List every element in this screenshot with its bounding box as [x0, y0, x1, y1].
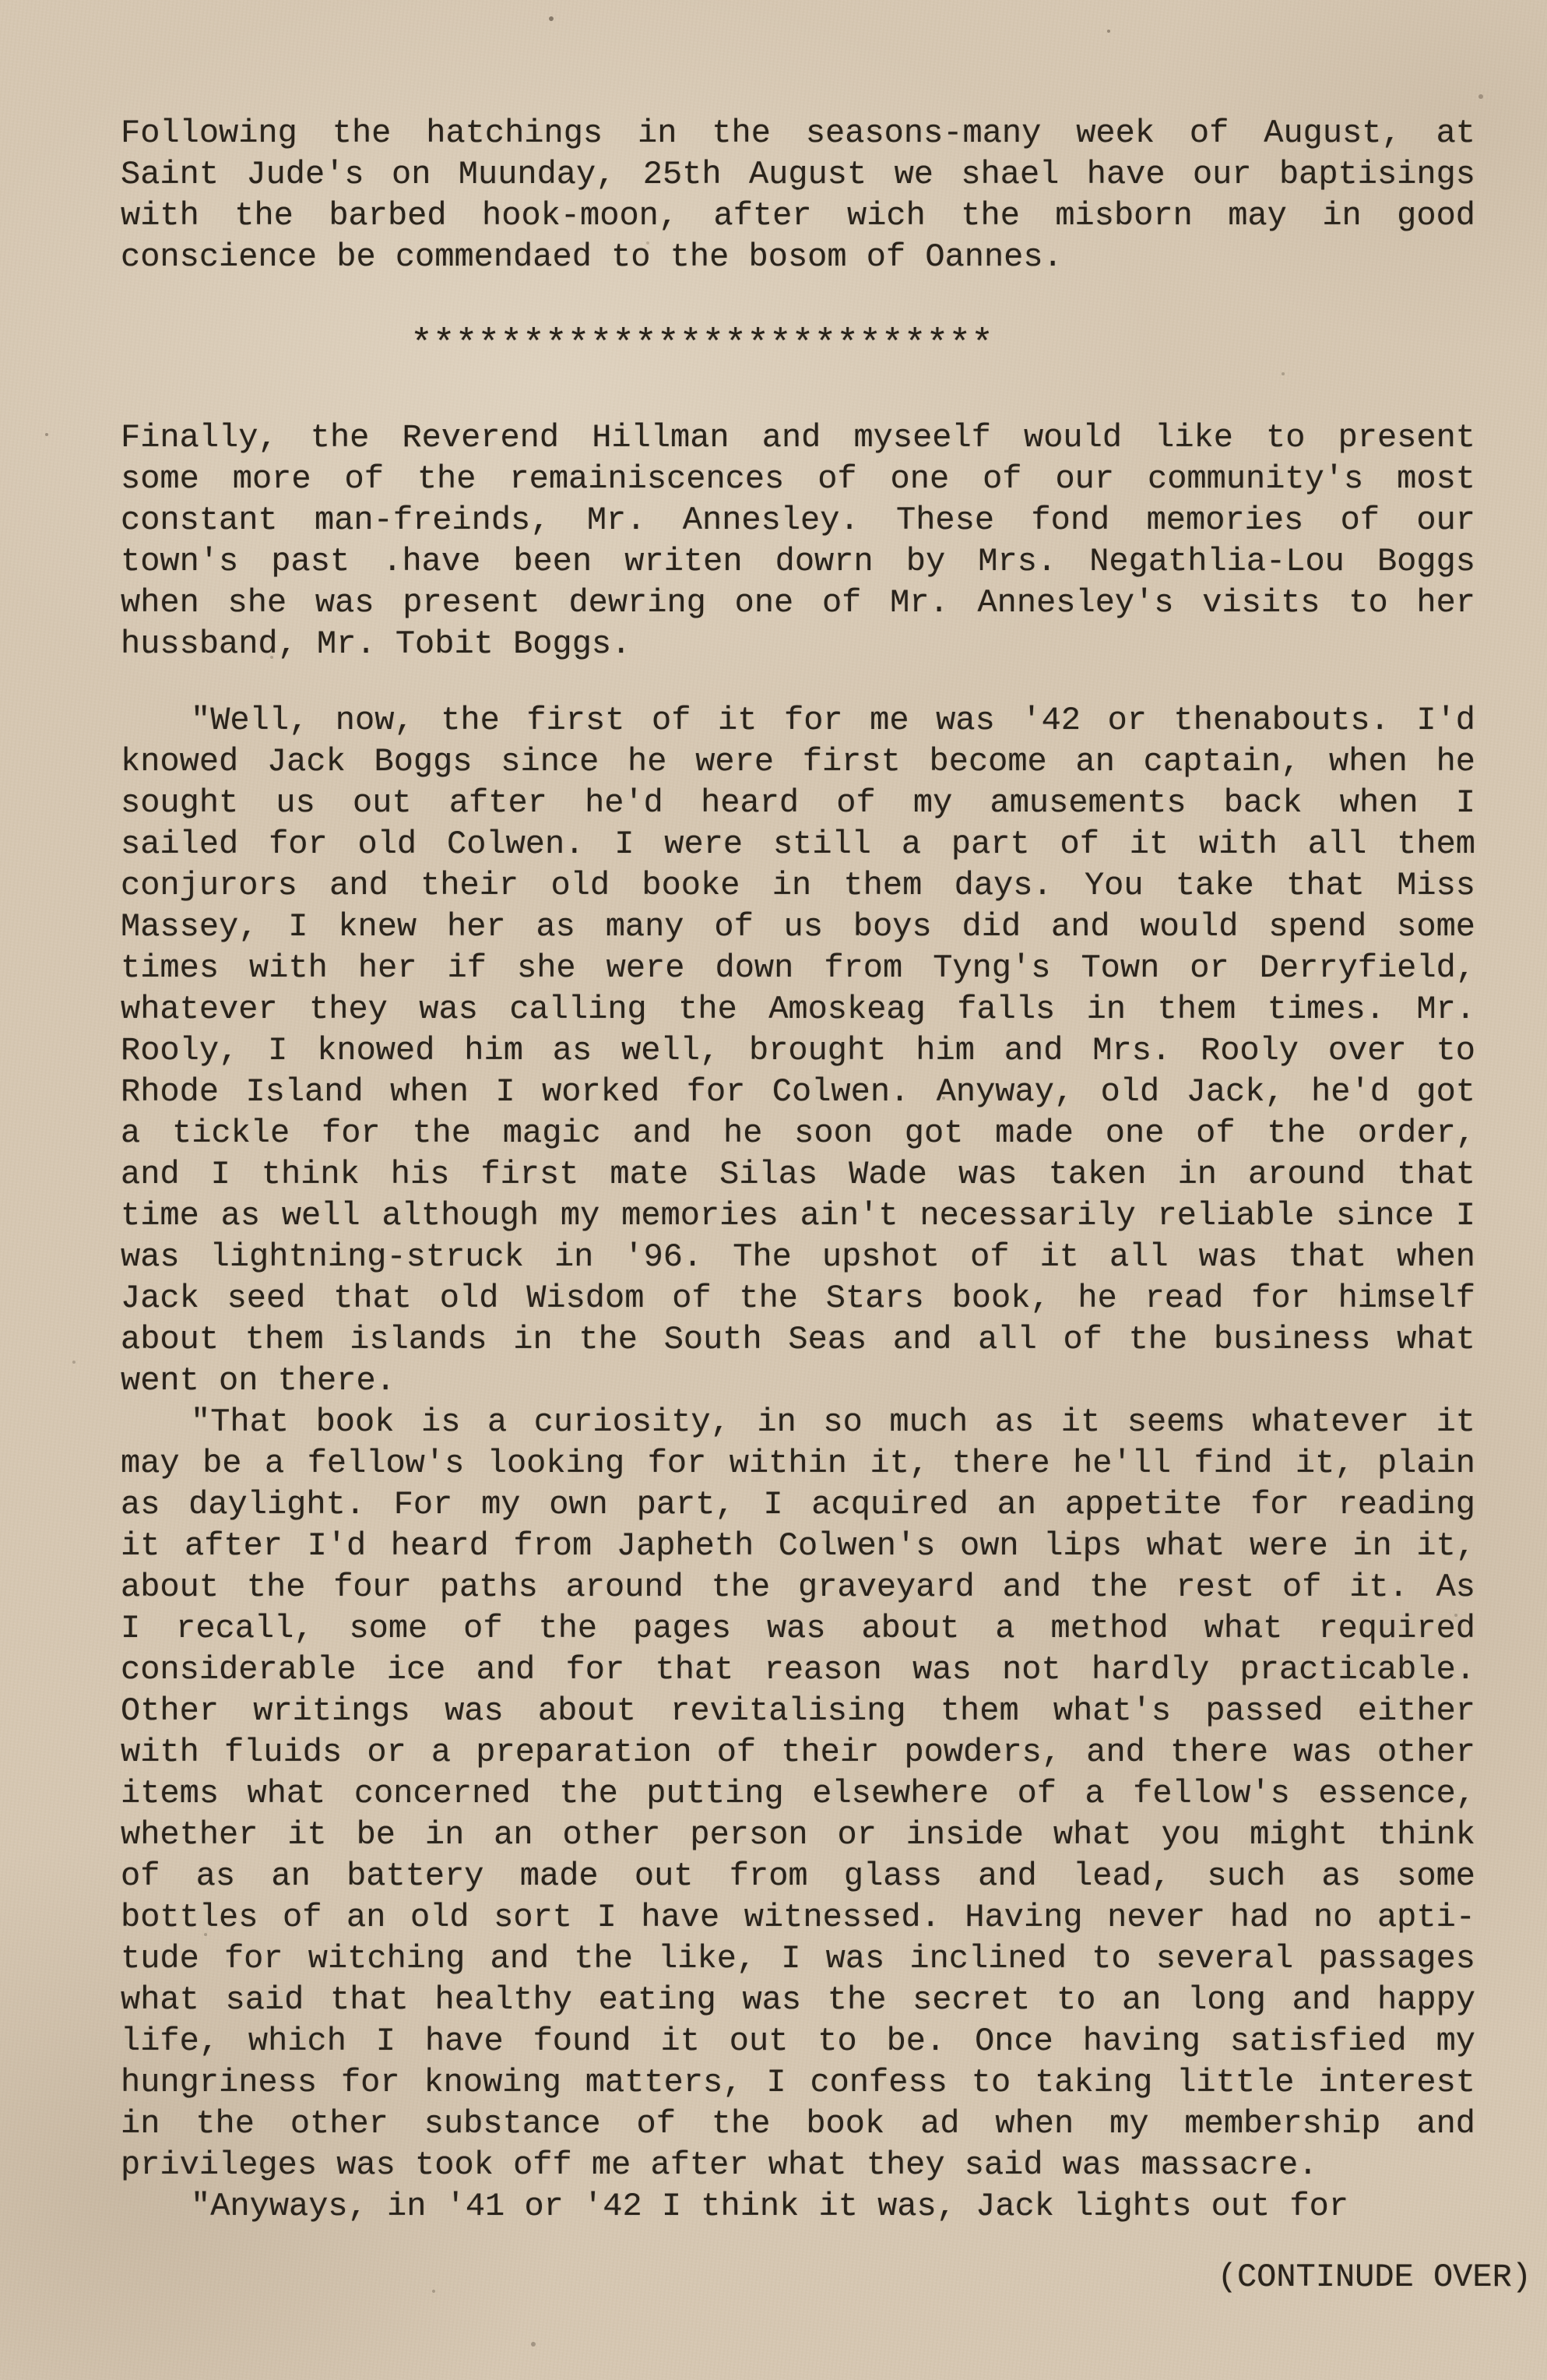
paragraph: "That book is a curiosity, in so much as… — [121, 1402, 1475, 2186]
text-line: and I think his first mate Silas Wade wa… — [121, 1154, 1475, 1195]
text-line: some more of the remainiscences of one o… — [121, 459, 1475, 500]
text-line: sought us out after he'd heard of my amu… — [121, 783, 1475, 824]
text-line: Jack seed that old Wisdom of the Stars b… — [121, 1278, 1475, 1319]
paragraph: Finally, the Reverend Hillman and myseel… — [121, 417, 1475, 665]
paper-specks — [0, 0, 3, 3]
text-line: considerable ice and for that reason was… — [121, 1649, 1475, 1691]
text-line: town's past .have been writen dowrn by M… — [121, 541, 1475, 583]
text-line: of as an battery made out from glass and… — [121, 1856, 1475, 1897]
continued-over-note: (CONTINUDE OVER) — [1218, 2257, 1531, 2298]
text-line: conscience be commendaed to the bosom of… — [121, 237, 1475, 278]
text-line: whether it be in an other person or insi… — [121, 1815, 1475, 1856]
text-line: life, which I have found it out to be. O… — [121, 2021, 1475, 2062]
paragraph: "Well, now, the first of it for me was '… — [121, 700, 1475, 1402]
text-line: times with her if she were down from Tyn… — [121, 948, 1475, 989]
text-line: Saint Jude's on Muunday, 25th August we … — [121, 154, 1475, 195]
text-line: it after I'd heard from Japheth Colwen's… — [121, 1526, 1475, 1567]
text-line: knowed Jack Boggs since he were first be… — [121, 741, 1475, 783]
text-line: bottles of an old sort I have witnessed.… — [121, 1897, 1475, 1938]
text-line: items what concerned the putting elsewhe… — [121, 1773, 1475, 1815]
text-line: constant man-freinds, Mr. Annesley. Thes… — [121, 500, 1475, 541]
text-line: about them islands in the South Seas and… — [121, 1319, 1475, 1361]
typewritten-letter-page: Following the hatchings in the seasons-m… — [0, 0, 1547, 2380]
text-line: a tickle for the magic and he soon got m… — [121, 1113, 1475, 1154]
text-line: "That book is a curiosity, in so much as… — [121, 1402, 1475, 1443]
text-line: Rhode Island when I worked for Colwen. A… — [121, 1072, 1475, 1113]
text-line: Finally, the Reverend Hillman and myseel… — [121, 417, 1475, 459]
asterisk-separator: ************************** — [410, 325, 1475, 366]
text-line: hungriness for knowing matters, I confes… — [121, 2062, 1475, 2104]
text-line: privileges was took off me after what th… — [121, 2145, 1475, 2186]
text-line: sailed for old Colwen. I were still a pa… — [121, 824, 1475, 865]
text-line: whatever they was calling the Amoskeag f… — [121, 989, 1475, 1030]
text-line: may be a fellow's looking for within it,… — [121, 1443, 1475, 1484]
text-line: "Anyways, in '41 or '42 I think it was, … — [121, 2186, 1475, 2227]
text-line: with fluids or a preparation of their po… — [121, 1732, 1475, 1773]
text-line: hussband, Mr. Tobit Boggs. — [121, 624, 1475, 665]
document-body: Following the hatchings in the seasons-m… — [121, 113, 1475, 2227]
text-line: what said that healthy eating was the se… — [121, 1980, 1475, 2021]
text-line: Massey, I knew her as many of us boys di… — [121, 907, 1475, 948]
text-line: in the other substance of the book ad wh… — [121, 2104, 1475, 2145]
paragraph: "Anyways, in '41 or '42 I think it was, … — [121, 2186, 1475, 2227]
text-line: went on there. — [121, 1361, 1475, 1402]
text-line: Other writings was about revitalising th… — [121, 1691, 1475, 1732]
text-line: with the barbed hook-moon, after wich th… — [121, 195, 1475, 237]
text-line: "Well, now, the first of it for me was '… — [121, 700, 1475, 741]
text-line: was lightning-struck in '96. The upshot … — [121, 1237, 1475, 1278]
text-line: Rooly, I knowed him as well, brought him… — [121, 1030, 1475, 1072]
text-line: conjurors and their old booke in them da… — [121, 865, 1475, 907]
text-line: Following the hatchings in the seasons-m… — [121, 113, 1475, 154]
text-line: tude for witching and the like, I was in… — [121, 1938, 1475, 1980]
text-line: as daylight. For my own part, I acquired… — [121, 1484, 1475, 1526]
text-line: about the four paths around the graveyar… — [121, 1567, 1475, 1608]
text-line: when she was present dewring one of Mr. … — [121, 583, 1475, 624]
text-line: I recall, some of the pages was about a … — [121, 1608, 1475, 1649]
paragraph: Following the hatchings in the seasons-m… — [121, 113, 1475, 278]
text-line: time as well although my memories ain't … — [121, 1195, 1475, 1237]
